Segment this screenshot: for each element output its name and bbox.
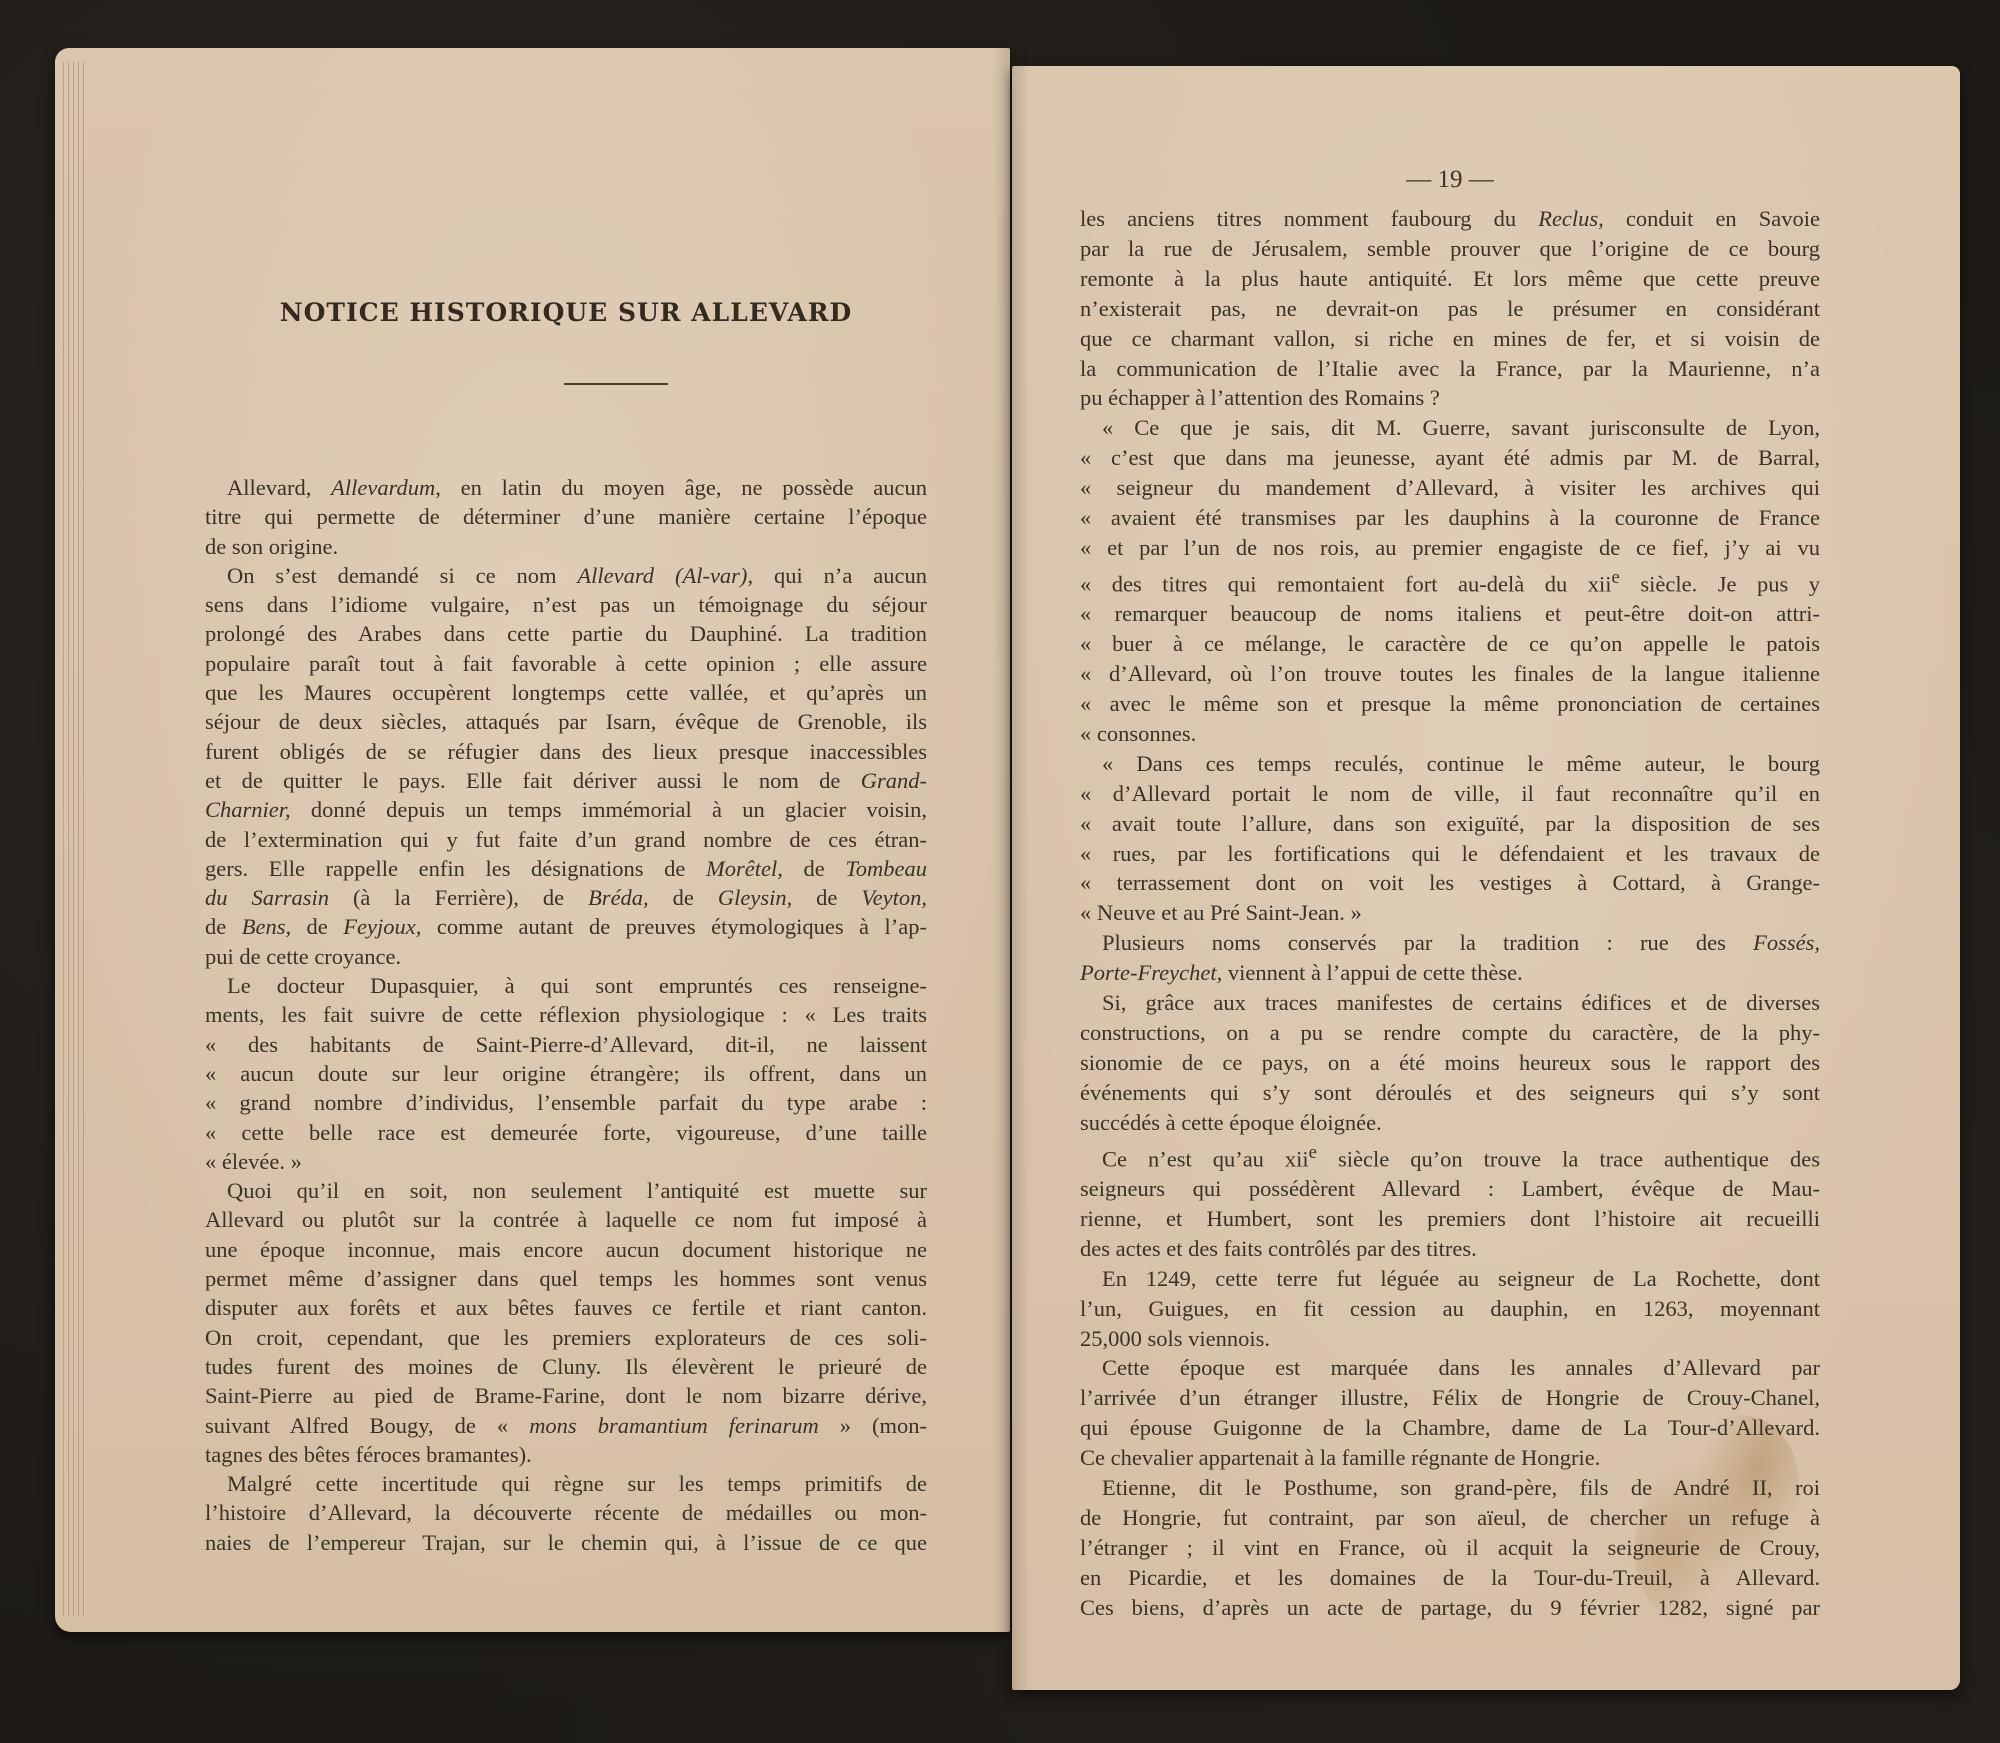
text-line: Porte-Freychet, viennent à l’appui de ce… — [1080, 958, 1820, 988]
text-line: Etienne, dit le Posthume, son grand-père… — [1080, 1473, 1820, 1503]
text-line: Ce n’est qu’au xiie siècle qu’on trouve … — [1080, 1138, 1820, 1174]
text-line: furent obligés de se réfugier dans des l… — [205, 737, 927, 766]
text-line: permet même d’assigner dans quel temps l… — [205, 1264, 927, 1293]
text-line: sionomie de ce pays, on a été moins heur… — [1080, 1048, 1820, 1078]
text-line: Quoi qu’il en soit, non seulement l’anti… — [205, 1176, 927, 1205]
text-line: « Ce que je sais, dit M. Guerre, savant … — [1080, 413, 1820, 443]
text-line: Charnier, donné depuis un temps immémori… — [205, 795, 927, 824]
text-line: Si, grâce aux traces manifestes de certa… — [1080, 988, 1820, 1018]
text-line: l’histoire d’Allevard, la découverte réc… — [205, 1498, 927, 1527]
gutter-shadow — [992, 48, 1010, 1632]
text-line: de Hongrie, fut contraint, par son aïeul… — [1080, 1503, 1820, 1533]
text-line: tudes furent des moines de Cluny. Ils él… — [205, 1352, 927, 1381]
page-title: NOTICE HISTORIQUE SUR ALLEVARD — [205, 298, 927, 327]
text-line: Ces biens, d’après un acte de partage, d… — [1080, 1593, 1820, 1623]
text-line: « des titres qui remontaient fort au-del… — [1080, 563, 1820, 599]
page-stack-edges — [59, 62, 85, 1616]
text-line: On croit, cependant, que les premiers ex… — [205, 1323, 927, 1352]
text-line: Plusieurs noms conservés par la traditio… — [1080, 928, 1820, 958]
text-line: « seigneur du mandement d’Allevard, à vi… — [1080, 473, 1820, 503]
title-divider — [564, 383, 668, 385]
text-line: « aucun doute sur leur origine étrangère… — [205, 1059, 927, 1088]
text-line: rienne, et Humbert, sont les premiers do… — [1080, 1204, 1820, 1234]
text-line: « consonnes. — [1080, 719, 1820, 749]
text-line: pu échapper à l’attention des Romains ? — [1080, 383, 1820, 413]
text-line: du Sarrasin (à la Ferrière), de Bréda, d… — [205, 883, 927, 912]
text-line: « remarquer beaucoup de noms italiens et… — [1080, 599, 1820, 629]
text-line: « Neuve et au Pré Saint-Jean. » — [1080, 898, 1820, 928]
text-line: « des habitants de Saint-Pierre-d’Alleva… — [205, 1030, 927, 1059]
text-line: l’un, Guigues, en fit cession au dauphin… — [1080, 1294, 1820, 1324]
text-line: que les Maures occupèrent longtemps cett… — [205, 678, 927, 707]
text-line: que ce charmant vallon, si riche en mine… — [1080, 324, 1820, 354]
left-page: NOTICE HISTORIQUE SUR ALLEVARD Allevard,… — [55, 48, 1010, 1632]
right-page: — 19 — les anciens titres nomment faubou… — [1012, 66, 1960, 1690]
text-line: « avaient été transmises par les dauphin… — [1080, 503, 1820, 533]
text-line: seigneurs qui possédèrent Allevard : Lam… — [1080, 1174, 1820, 1204]
text-line: de Bens, de Feyjoux, comme autant de pre… — [205, 912, 927, 941]
text-line: Saint-Pierre au pied de Brame-Farine, do… — [205, 1381, 927, 1410]
text-line: 25,000 sols viennois. — [1080, 1324, 1820, 1354]
text-line: naies de l’empereur Trajan, sur le chemi… — [205, 1528, 927, 1557]
text-line: l’arrivée d’un étranger illustre, Félix … — [1080, 1383, 1820, 1413]
text-line: Ce chevalier appartenait à la famille ré… — [1080, 1443, 1820, 1473]
text-line: « Dans ces temps reculés, continue le mê… — [1080, 749, 1820, 779]
text-line: qui épouse Guigonne de la Chambre, dame … — [1080, 1413, 1820, 1443]
text-line: remonte à la plus haute antiquité. Et lo… — [1080, 264, 1820, 294]
text-line: l’étranger ; il vint en France, où il ac… — [1080, 1533, 1820, 1563]
text-line: par la rue de Jérusalem, semble prouver … — [1080, 234, 1820, 264]
text-line: une époque inconnue, mais encore aucun d… — [205, 1235, 927, 1264]
text-line: tagnes des bêtes féroces bramantes). — [205, 1440, 927, 1469]
text-line: gers. Elle rappelle enfin les désignatio… — [205, 854, 927, 883]
text-line: « avec le même son et presque la même pr… — [1080, 689, 1820, 719]
text-line: disputer aux forêts et aux bêtes fauves … — [205, 1293, 927, 1322]
text-line: de son origine. — [205, 532, 927, 561]
text-line: Allevard ou plutôt sur la contrée à laqu… — [205, 1205, 927, 1234]
text-line: pui de cette croyance. — [205, 942, 927, 971]
text-line: ments, les fait suivre de cette réflexio… — [205, 1000, 927, 1029]
gutter-shadow — [1012, 66, 1030, 1690]
text-line: « buer à ce mélange, le caractère de ce … — [1080, 629, 1820, 659]
text-line: sens dans l’idiome vulgaire, n’est pas u… — [205, 590, 927, 619]
page-number: — 19 — — [1080, 166, 1820, 194]
text-line: Allevard, Allevardum, en latin du moyen … — [205, 473, 927, 502]
text-line: événements qui s’y sont déroulés et des … — [1080, 1078, 1820, 1108]
text-line: séjour de deux siècles, attaqués par Isa… — [205, 707, 927, 736]
text-line: les anciens titres nomment faubourg du R… — [1080, 204, 1820, 234]
text-line: « élevée. » — [205, 1147, 927, 1176]
text-line: Cette époque est marquée dans les annale… — [1080, 1353, 1820, 1383]
text-line: de l’extermination qui y fut faite d’un … — [205, 825, 927, 854]
text-line: « d’Allevard portait le nom de ville, il… — [1080, 779, 1820, 809]
text-line: constructions, on a pu se rendre compte … — [1080, 1018, 1820, 1048]
text-line: « cette belle race est demeurée forte, v… — [205, 1118, 927, 1147]
left-body-text: Allevard, Allevardum, en latin du moyen … — [205, 473, 927, 1557]
text-line: « grand nombre d’individus, l’ensemble p… — [205, 1088, 927, 1117]
right-body-text: les anciens titres nomment faubourg du R… — [1080, 204, 1820, 1623]
text-line: « d’Allevard, où l’on trouve toutes les … — [1080, 659, 1820, 689]
text-line: suivant Alfred Bougy, de « mons bramanti… — [205, 1411, 927, 1440]
text-line: « et par l’un de nos rois, au premier en… — [1080, 533, 1820, 563]
text-line: n’existerait pas, ne devrait-on pas le p… — [1080, 294, 1820, 324]
text-line: succédés à cette époque éloignée. — [1080, 1108, 1820, 1138]
text-line: « avait toute l’allure, dans son exiguït… — [1080, 809, 1820, 839]
text-line: « rues, par les fortifications qui le dé… — [1080, 839, 1820, 869]
text-line: Le docteur Dupasquier, à qui sont emprun… — [205, 971, 927, 1000]
text-line: prolongé des Arabes dans cette partie du… — [205, 619, 927, 648]
text-line: « terrassement dont on voit les vestiges… — [1080, 868, 1820, 898]
text-line: On s’est demandé si ce nom Allevard (Al-… — [205, 561, 927, 590]
text-line: Malgré cette incertitude qui règne sur l… — [205, 1469, 927, 1498]
text-line: « c’est que dans ma jeunesse, ayant été … — [1080, 443, 1820, 473]
text-line: titre qui permette de déterminer d’une m… — [205, 502, 927, 531]
text-line: en Picardie, et les domaines de la Tour-… — [1080, 1563, 1820, 1593]
text-line: et de quitter le pays. Elle fait dériver… — [205, 766, 927, 795]
text-line: populaire paraît tout à fait favorable à… — [205, 649, 927, 678]
text-line: la communication de l’Italie avec la Fra… — [1080, 354, 1820, 384]
text-line: des actes et des faits contrôlés par des… — [1080, 1234, 1820, 1264]
text-line: En 1249, cette terre fut léguée au seign… — [1080, 1264, 1820, 1294]
